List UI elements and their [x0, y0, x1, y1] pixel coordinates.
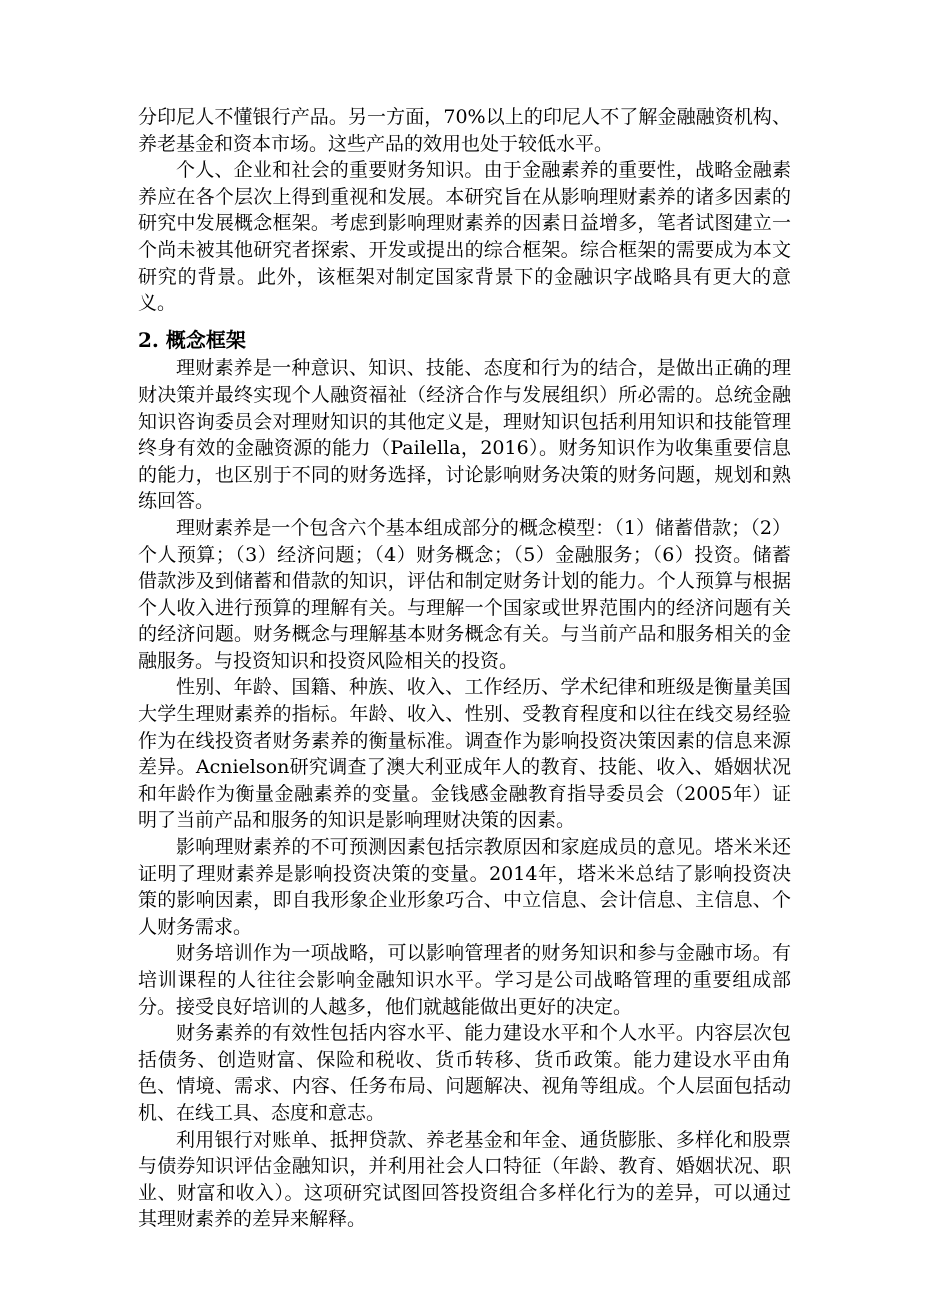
paragraph-intro: 个人、企业和社会的重要财务知识。由于金融素养的重要性，战略金融素养应在各个层次上… — [138, 157, 791, 317]
paragraph-financial-training: 财务培训作为一项战略，可以影响管理者的财务知识和参与金融市场。有培训课程的人往往… — [138, 940, 791, 1020]
text-block: 分印尼人不懂银行产品。另一方面，70%以上的印尼人不了解金融融资机构、养老基金和… — [138, 104, 791, 1233]
paragraph-continuation: 分印尼人不懂银行产品。另一方面，70%以上的印尼人不了解金融融资机构、养老基金和… — [138, 104, 791, 157]
paragraph-concept-model: 理财素养是一个包含六个基本组成部分的概念模型：（1）储蓄借款；（2）个人预算；（… — [138, 515, 791, 675]
paragraph-unpredictable-factors: 影响理财素养的不可预测因素包括宗教原因和家庭成员的意见。塔米米还证明了理财素养是… — [138, 834, 791, 940]
paragraph-definition: 理财素养是一种意识、知识、技能、态度和行为的结合，是做出正确的理财决策并最终实现… — [138, 355, 791, 515]
section-heading: 2. 概念框架 — [138, 327, 791, 354]
paragraph-indicators: 性别、年龄、国籍、种族、收入、工作经历、学术纪律和班级是衡量美国大学生理财素养的… — [138, 674, 791, 834]
document-page: 分印尼人不懂银行产品。另一方面，70%以上的印尼人不了解金融融资机构、养老基金和… — [0, 0, 926, 1309]
paragraph-effectiveness-levels: 财务素养的有效性包括内容水平、能力建设水平和个人水平。内容层次包括债务、创造财富… — [138, 1020, 791, 1126]
paragraph-assessment: 利用银行对账单、抵押贷款、养老基金和年金、通货膨胀、多样化和股票与债券知识评估金… — [138, 1127, 791, 1233]
